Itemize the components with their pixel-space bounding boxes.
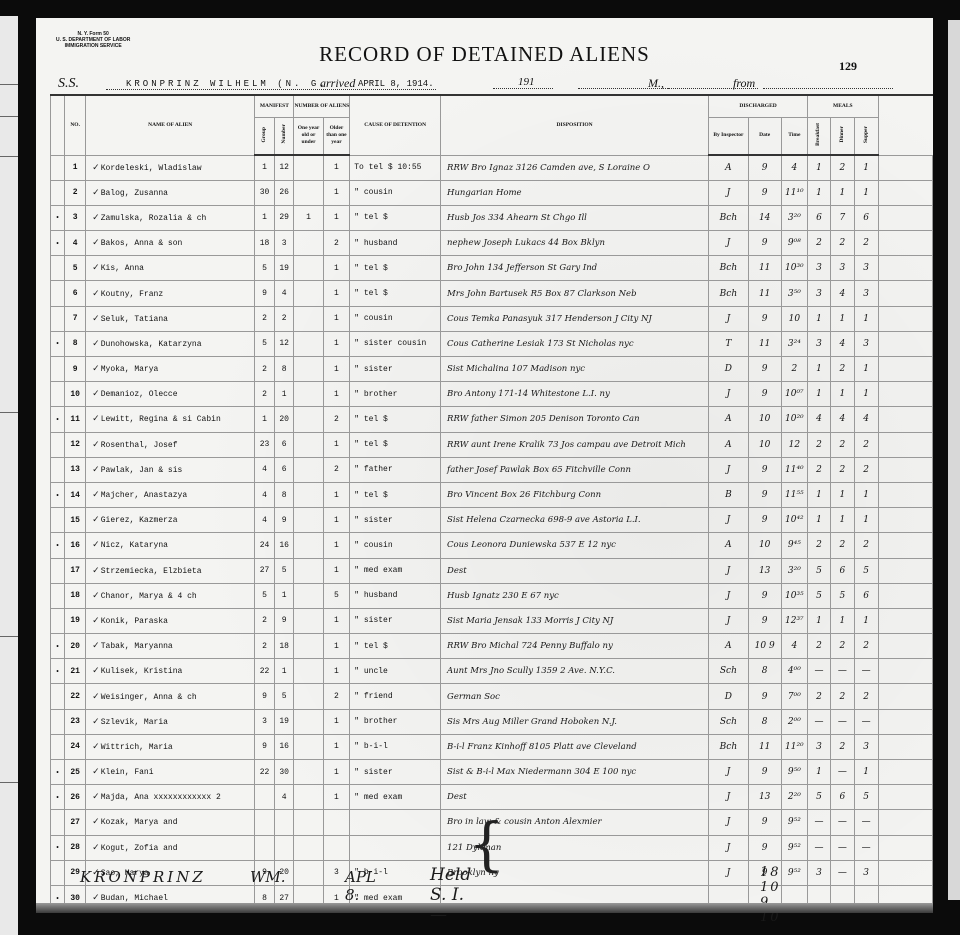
footer-held: Held S. I. — <box>430 865 471 925</box>
manifest-number <box>274 835 294 860</box>
checkmark-icon: ✓ <box>92 817 100 827</box>
discharged-date: 8 <box>748 659 781 684</box>
blank-cell <box>878 306 932 331</box>
row-number: 20 <box>65 634 86 659</box>
discharged-by-inspector: J <box>709 810 749 835</box>
manifest-group: 22 <box>255 659 275 684</box>
aliens-older: 1 <box>323 508 350 533</box>
meals-breakfast: 3 <box>808 331 831 356</box>
aliens-under-one <box>294 331 323 356</box>
meals-supper: — <box>854 835 878 860</box>
row-mark: • <box>51 482 65 507</box>
cause-of-detention: " cousin <box>350 180 441 205</box>
row-number: 2 <box>65 180 86 205</box>
discharged-by-inspector: J <box>709 457 749 482</box>
aliens-older: 5 <box>323 583 350 608</box>
checkmark-icon: ✓ <box>92 515 100 525</box>
meals-breakfast: — <box>808 659 831 684</box>
discharged-date: 10 <box>748 432 781 457</box>
row-number: 12 <box>65 432 86 457</box>
meals-breakfast: 3 <box>808 860 831 885</box>
cause-of-detention: " father <box>350 457 441 482</box>
aliens-under-one <box>294 306 323 331</box>
alien-name: ✓Balog, Zusanna <box>86 180 255 205</box>
row-number: 27 <box>65 810 86 835</box>
row-number: 13 <box>65 457 86 482</box>
aliens-older: 2 <box>323 231 350 256</box>
discharged-date: 9 <box>748 180 781 205</box>
manifest-group: 2 <box>255 634 275 659</box>
discharged-time: 9⁵² <box>781 810 807 835</box>
discharged-date: 10 9 <box>748 634 781 659</box>
row-mark <box>51 508 65 533</box>
cause-of-detention: " med exam <box>350 558 441 583</box>
discharged-time: 9⁴⁵ <box>781 533 807 558</box>
cause-of-detention: " tel $ <box>350 256 441 281</box>
table-row: 17✓Strzemiecka, Elzbieta2751" med examDe… <box>51 558 933 583</box>
disposition: RRW Bro Ignaz 3126 Camden ave, S Loraine… <box>441 155 709 180</box>
blank-cell <box>878 256 932 281</box>
table-row: 5✓Kis, Anna5191" tel $Bro John 134 Jeffe… <box>51 256 933 281</box>
alien-name: ✓Klein, Fani <box>86 760 255 785</box>
aliens-under-one <box>294 533 323 558</box>
manifest-number: 29 <box>274 205 294 230</box>
discharged-date: 9 <box>748 357 781 382</box>
no-header: NO. <box>65 95 86 155</box>
aliens-older: 2 <box>323 457 350 482</box>
table-row: 15✓Gierez, Kazmerza491" sisterSist Helen… <box>51 508 933 533</box>
meals-supper: 2 <box>854 634 878 659</box>
meals-supper: 5 <box>854 558 878 583</box>
blank-cell <box>878 734 932 759</box>
adjacent-page-strip <box>0 16 18 935</box>
row-number: 18 <box>65 583 86 608</box>
meals-breakfast: 4 <box>808 407 831 432</box>
table-row: •4✓Bakos, Anna & son1832" husbandnephew … <box>51 231 933 256</box>
meals-breakfast: 3 <box>808 281 831 306</box>
discharged-date: 10 <box>748 407 781 432</box>
blank-cell <box>878 180 932 205</box>
aliens-under-one <box>294 860 323 885</box>
alien-name: ✓Zamulska, Rozalia & ch <box>86 205 255 230</box>
blank-cell <box>878 155 932 180</box>
disposition: Hungarian Home <box>441 180 709 205</box>
cause-of-detention: " sister <box>350 608 441 633</box>
discharged-time: 4 <box>781 155 807 180</box>
discharged-time: 10³⁰ <box>781 256 807 281</box>
alien-name: ✓Lewitt, Regina & si Cabin <box>86 407 255 432</box>
blank-cell <box>878 281 932 306</box>
aliens-under-one <box>294 709 323 734</box>
meals-dinner: 6 <box>830 785 854 810</box>
disposition: Dest <box>441 558 709 583</box>
row-mark <box>51 155 65 180</box>
blank-cell <box>878 860 932 885</box>
discharged-by-inspector: J <box>709 306 749 331</box>
discharged-time: 10⁴² <box>781 508 807 533</box>
manifest-number: 16 <box>274 734 294 759</box>
row-number: 11 <box>65 407 86 432</box>
older-header: Older than one year <box>323 117 350 155</box>
discharged-date: 10 <box>748 533 781 558</box>
cause-header: CAUSE OF DETENTION <box>350 95 441 155</box>
manifest-number: 19 <box>274 709 294 734</box>
row-mark <box>51 608 65 633</box>
checkmark-icon: ✓ <box>92 540 100 550</box>
disposition: Cous Temka Panasyuk 317 Henderson J City… <box>441 306 709 331</box>
table-row: 10✓Demanioz, Olecce211" brotherBro Anton… <box>51 382 933 407</box>
discharged-by-inspector: Sch <box>709 709 749 734</box>
aliens-older: 1 <box>323 634 350 659</box>
manifest-group: 18 <box>255 231 275 256</box>
row-number: 23 <box>65 709 86 734</box>
adjacent-page-strip-right <box>948 20 960 900</box>
discharged-by-inspector: A <box>709 155 749 180</box>
manifest-number: 4 <box>274 785 294 810</box>
manifest-group: 2 <box>255 306 275 331</box>
row-mark <box>51 734 65 759</box>
discharged-time: 11²⁰ <box>781 734 807 759</box>
blank-cell <box>878 432 932 457</box>
checkmark-icon: ✓ <box>92 314 100 324</box>
aliens-under-one <box>294 357 323 382</box>
page-number: 129 <box>839 59 857 74</box>
row-number: 14 <box>65 482 86 507</box>
checkmark-icon: ✓ <box>92 742 100 752</box>
discharged-by-inspector: B <box>709 482 749 507</box>
aliens-older: 1 <box>323 205 350 230</box>
discharged-time: 3²⁴ <box>781 331 807 356</box>
row-mark: • <box>51 760 65 785</box>
row-number: 4 <box>65 231 86 256</box>
discharged-by-inspector: J <box>709 583 749 608</box>
breakfast-header: Breakfast <box>808 117 831 155</box>
discharged-date: 9 <box>748 835 781 860</box>
aliens-under-one <box>294 659 323 684</box>
manifest-group: 1 <box>255 155 275 180</box>
manifest-number: 12 <box>274 331 294 356</box>
manifest-group <box>255 835 275 860</box>
cause-of-detention: " tel $ <box>350 634 441 659</box>
meals-supper: 3 <box>854 281 878 306</box>
meals-dinner: 2 <box>830 634 854 659</box>
discharged-by-inspector: J <box>709 382 749 407</box>
checkmark-icon: ✓ <box>92 465 100 475</box>
aliens-under-one <box>294 634 323 659</box>
discharged-time: 11⁴⁰ <box>781 457 807 482</box>
alien-name: ✓Gierez, Kazmerza <box>86 508 255 533</box>
meals-dinner: 2 <box>830 155 854 180</box>
aliens-under-one <box>294 760 323 785</box>
meals-supper: 1 <box>854 155 878 180</box>
meals-dinner: — <box>830 860 854 885</box>
discharged-time: 9⁵⁰ <box>781 760 807 785</box>
cause-of-detention: " b-i-l <box>350 734 441 759</box>
manifest-number: 9 <box>274 608 294 633</box>
row-mark <box>51 432 65 457</box>
meals-supper: 1 <box>854 357 878 382</box>
discharged-by-inspector: Bch <box>709 281 749 306</box>
disposition: German Soc <box>441 684 709 709</box>
row-mark <box>51 457 65 482</box>
aliens-older: 1 <box>323 709 350 734</box>
meals-supper: 3 <box>854 734 878 759</box>
discharged-date: 11 <box>748 281 781 306</box>
discharged-time: 4⁰⁰ <box>781 659 807 684</box>
meals-breakfast: 1 <box>808 608 831 633</box>
discharged-by-inspector: J <box>709 231 749 256</box>
disposition: B-i-l Franz Kinhoff 8105 Platt ave Cleve… <box>441 734 709 759</box>
discharged-date: 9 <box>748 231 781 256</box>
cause-of-detention: " husband <box>350 231 441 256</box>
meals-dinner: 2 <box>830 734 854 759</box>
disposition: Aunt Mrs Jno Scully 1359 2 Ave. N.Y.C. <box>441 659 709 684</box>
discharged-time: 9⁵² <box>781 835 807 860</box>
discharged-time: 3²⁰ <box>781 558 807 583</box>
discharged-time: 3²⁰ <box>781 205 807 230</box>
discharged-date: 11 <box>748 256 781 281</box>
meals-breakfast: 2 <box>808 533 831 558</box>
meals-breakfast: 1 <box>808 306 831 331</box>
row-mark: • <box>51 331 65 356</box>
alien-name: ✓Kordeleski, Wladislaw <box>86 155 255 180</box>
disposition-header: DISPOSITION <box>441 95 709 155</box>
manifest-number: 12 <box>274 155 294 180</box>
row-number: 1 <box>65 155 86 180</box>
meals-dinner: 2 <box>830 457 854 482</box>
meals-dinner: 1 <box>830 508 854 533</box>
manifest-number: 18 <box>274 634 294 659</box>
aliens-older: 1 <box>323 180 350 205</box>
meals-supper: 6 <box>854 205 878 230</box>
aliens-under-one <box>294 281 323 306</box>
manifest-group: 2 <box>255 382 275 407</box>
meals-supper: — <box>854 659 878 684</box>
manifest-group: 5 <box>255 583 275 608</box>
checkmark-icon: ✓ <box>92 389 100 399</box>
record-page: N. Y. Form 50 U. S. DEPARTMENT OF LABOR … <box>36 18 933 903</box>
manifest-group <box>255 785 275 810</box>
aliens-under-one <box>294 432 323 457</box>
meals-breakfast: 2 <box>808 684 831 709</box>
meals-breakfast: 5 <box>808 558 831 583</box>
checkmark-icon: ✓ <box>92 641 100 651</box>
from-label: from <box>733 76 755 91</box>
meals-supper: 1 <box>854 508 878 533</box>
aliens-under-one: 1 <box>294 205 323 230</box>
alien-name: ✓Kulisek, Kristina <box>86 659 255 684</box>
meals-supper: 4 <box>854 407 878 432</box>
manifest-group: 9 <box>255 684 275 709</box>
aliens-older: 1 <box>323 155 350 180</box>
aliens-under-one <box>294 608 323 633</box>
alien-name: ✓Weisinger, Anna & ch <box>86 684 255 709</box>
discharged-date: 9 <box>748 583 781 608</box>
dotted-line <box>763 78 893 89</box>
meals-breakfast: 1 <box>808 155 831 180</box>
meals-dinner: 2 <box>830 533 854 558</box>
header-row: NO. NAME OF ALIEN MANIFEST NUMBER OF ALI… <box>51 95 933 117</box>
row-mark: • <box>51 835 65 860</box>
discharged-by-inspector: J <box>709 835 749 860</box>
blank-cell <box>878 709 932 734</box>
checkmark-icon: ✓ <box>92 666 100 676</box>
manifest-number: 8 <box>274 482 294 507</box>
aliens-under-one <box>294 407 323 432</box>
disposition: RRW Bro Michal 724 Penny Buffalo ny <box>441 634 709 659</box>
discharged-by-inspector: A <box>709 407 749 432</box>
aliens-under-one <box>294 508 323 533</box>
row-mark <box>51 281 65 306</box>
aliens-older: 2 <box>323 407 350 432</box>
discharged-date: 11 <box>748 734 781 759</box>
cause-of-detention: " sister <box>350 760 441 785</box>
cause-of-detention: " tel $ <box>350 482 441 507</box>
row-mark <box>51 583 65 608</box>
aliens-under-one <box>294 583 323 608</box>
table-row: 7✓Seluk, Tatiana221" cousinCous Temka Pa… <box>51 306 933 331</box>
discharged-time: 12 <box>781 432 807 457</box>
row-number: 3 <box>65 205 86 230</box>
row-mark <box>51 810 65 835</box>
manifest-group: 1 <box>255 205 275 230</box>
discharged-date: 9 <box>748 382 781 407</box>
discharged-date: 9 <box>748 457 781 482</box>
checkmark-icon: ✓ <box>92 263 100 273</box>
blank-cell <box>878 205 932 230</box>
disposition: Mrs John Bartusek R5 Box 87 Clarkson Neb <box>441 281 709 306</box>
aliens-under-one <box>294 482 323 507</box>
meals-breakfast: 1 <box>808 482 831 507</box>
manifest-number: 5 <box>274 684 294 709</box>
mark-header <box>51 95 65 155</box>
meals-supper: 2 <box>854 457 878 482</box>
manifest-number: 19 <box>274 256 294 281</box>
manifest-number: 26 <box>274 180 294 205</box>
cause-of-detention: " sister <box>350 508 441 533</box>
page-edge <box>36 903 933 913</box>
discharged-date: 13 <box>748 558 781 583</box>
discharged-by-inspector: D <box>709 357 749 382</box>
manifest-number: 1 <box>274 583 294 608</box>
manifest-number: 20 <box>274 407 294 432</box>
discharged-time: 9⁰⁸ <box>781 231 807 256</box>
meals-dinner: 2 <box>830 432 854 457</box>
meals-dinner: 4 <box>830 281 854 306</box>
row-mark: • <box>51 407 65 432</box>
manifest-group: 23 <box>255 432 275 457</box>
alien-name: ✓Bakos, Anna & son <box>86 231 255 256</box>
aliens-older: 1 <box>323 256 350 281</box>
table-row: 18✓Chanor, Marya & 4 ch515" husbandHusb … <box>51 583 933 608</box>
discharged-by-inspector: Bch <box>709 256 749 281</box>
table-row: •21✓Kulisek, Kristina2211" uncleAunt Mrs… <box>51 659 933 684</box>
discharged-time: 9⁵² <box>781 860 807 885</box>
manifest-number: 1 <box>274 382 294 407</box>
checkmark-icon: ✓ <box>92 717 100 727</box>
alien-name: ✓Rosenthal, Josef <box>86 432 255 457</box>
blank-cell <box>878 331 932 356</box>
time-header: Time <box>781 117 807 155</box>
table-row: 6✓Koutny, Franz941" tel $Mrs John Bartus… <box>51 281 933 306</box>
aliens-older: 1 <box>323 558 350 583</box>
checkmark-icon: ✓ <box>92 591 100 601</box>
row-number: 22 <box>65 684 86 709</box>
aliens-under-one <box>294 155 323 180</box>
table-row: 12✓Rosenthal, Josef2361" tel $RRW aunt I… <box>51 432 933 457</box>
alien-name: ✓Myoka, Marya <box>86 357 255 382</box>
m-label: M., <box>648 76 664 91</box>
checkmark-icon: ✓ <box>92 364 100 374</box>
alien-name: ✓Wittrich, Maria <box>86 734 255 759</box>
table-row: 19✓Konik, Paraska291" sisterSist Maria J… <box>51 608 933 633</box>
meals-breakfast: 1 <box>808 357 831 382</box>
manifest-header: MANIFEST <box>255 95 294 117</box>
cause-of-detention <box>350 835 441 860</box>
discharged-date: 11 <box>748 331 781 356</box>
manifest-number: 6 <box>274 457 294 482</box>
checkmark-icon: ✓ <box>92 692 100 702</box>
aliens-older: 1 <box>323 357 350 382</box>
meals-breakfast: — <box>808 709 831 734</box>
aliens-under-one <box>294 558 323 583</box>
alien-name: ✓Pawlak, Jan & sis <box>86 457 255 482</box>
checkmark-icon: ✓ <box>92 188 100 198</box>
aliens-under-one <box>294 256 323 281</box>
aliens-older: 1 <box>323 331 350 356</box>
meals-dinner: 1 <box>830 608 854 633</box>
discharged-time: 2 <box>781 357 807 382</box>
discharged-time: 7⁰⁰ <box>781 684 807 709</box>
blank-cell <box>878 684 932 709</box>
meals-dinner: 2 <box>830 357 854 382</box>
alien-name: ✓Koutny, Franz <box>86 281 255 306</box>
meals-supper: 5 <box>854 785 878 810</box>
meals-header: MEALS <box>808 95 878 117</box>
manifest-number: 4 <box>274 281 294 306</box>
brace-mark: { <box>468 815 505 873</box>
checkmark-icon: ✓ <box>92 339 100 349</box>
manifest-number: 30 <box>274 760 294 785</box>
aliens-older: 1 <box>323 785 350 810</box>
discharged-by-inspector: J <box>709 558 749 583</box>
group-header: Group <box>255 117 275 155</box>
blank-cell <box>878 760 932 785</box>
manifest-group: 2 <box>255 357 275 382</box>
checkmark-icon: ✓ <box>92 893 100 903</box>
row-mark <box>51 684 65 709</box>
meals-dinner: 7 <box>830 205 854 230</box>
aliens-older: 1 <box>323 734 350 759</box>
aliens-older <box>323 835 350 860</box>
meals-dinner: 1 <box>830 306 854 331</box>
meals-supper: 1 <box>854 180 878 205</box>
discharged-header: DISCHARGED <box>709 95 808 117</box>
ss-label: S.S. <box>58 76 79 92</box>
name-header: NAME OF ALIEN <box>86 95 255 155</box>
cause-of-detention: " tel $ <box>350 281 441 306</box>
meals-breakfast: 2 <box>808 432 831 457</box>
manifest-group: 4 <box>255 482 275 507</box>
table-row: •14✓Majcher, Anastazya481" tel $Bro Vinc… <box>51 482 933 507</box>
cause-of-detention: To tel $ 10:55 <box>350 155 441 180</box>
manifest-number: 3 <box>274 231 294 256</box>
disposition: RRW father Simon 205 Denison Toronto Can <box>441 407 709 432</box>
manifest-number: 9 <box>274 508 294 533</box>
manifest-group: 1 <box>255 407 275 432</box>
alien-name: ✓Majcher, Anastazya <box>86 482 255 507</box>
cause-of-detention: " sister <box>350 357 441 382</box>
